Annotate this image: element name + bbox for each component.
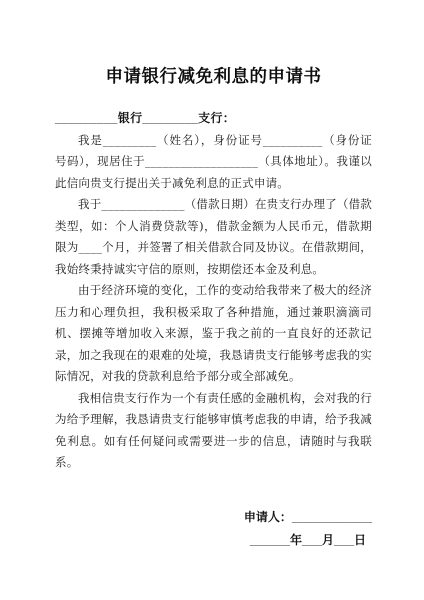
salutation-line: _________银行________支行： [55,108,372,130]
paragraph-loan-details: 我于______________（借款日期）在贵支行办理了（借款类型，如：个人消… [55,194,372,280]
date-line: ______年___月___日 [55,529,372,552]
document-body: _________银行________支行： 我是_________（姓名），身… [55,108,372,474]
document-title: 申请银行减免利息的申请书 [55,64,372,88]
paragraph-hardship-reason: 由于经济环境的变化，工作的变动给我带来了极大的经济压力和心理负担，我积极采取了各… [55,280,372,388]
applicant-signature-line: 申请人：____________ [55,506,372,529]
application-letter-page: 申请银行减免利息的申请书 _________银行________支行： 我是__… [0,0,424,600]
paragraph-closing-request: 我相信贵支行作为一个有责任感的金融机构，会对我的行为给予理解，我恳请贵支行能够审… [55,388,372,474]
signature-block: 申请人：____________ ______年___月___日 [55,506,372,552]
paragraph-identity: 我是_________（姓名），身份证号__________（身份证号码），现居… [55,130,372,195]
